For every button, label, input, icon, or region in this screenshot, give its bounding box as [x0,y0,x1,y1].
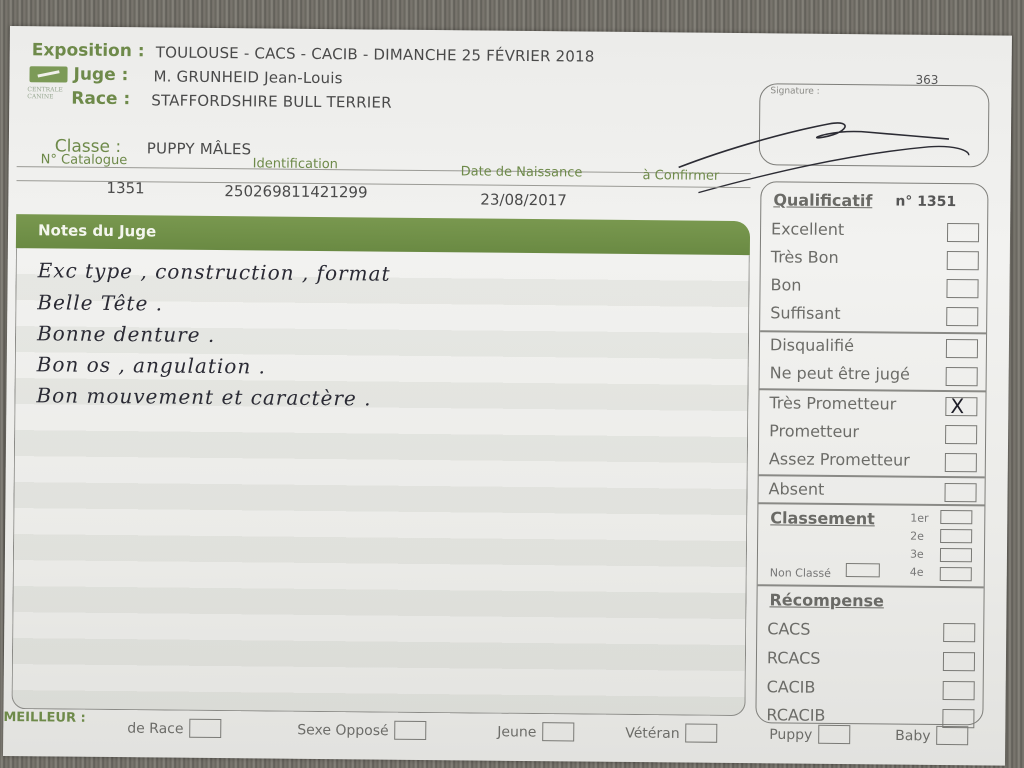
qualificatif-option[interactable]: Prometteur [769,418,979,447]
juge-value: M. GRUNHEID Jean-Louis [153,67,342,87]
checkbox[interactable] [943,652,975,671]
checkbox[interactable] [946,279,978,298]
qualificatif-option[interactable]: Suffisant [770,300,980,329]
option-label: RCACS [767,648,821,668]
race-label: Race : [71,89,130,110]
checkbox-checked[interactable]: X [945,397,977,416]
birth-date: 23/08/2017 [480,191,567,210]
non-classe-checkbox[interactable] [846,563,880,577]
option-label: Prometteur [769,421,859,441]
qualificatif-number: n° 1351 [895,194,956,211]
recompense-option[interactable]: CACS [767,616,977,645]
col-head-date-naissance: Date de Naissance [461,164,583,180]
classement-title: Classement [770,508,875,528]
col-head-identification: Identification [253,156,338,172]
checkbox[interactable] [395,721,427,740]
option-label: Excellent [771,219,844,239]
checkbox[interactable] [946,367,978,386]
qualificatif-option[interactable]: Très Prometteur X [769,390,979,419]
option-label: Suffisant [770,303,841,323]
option-label: CACS [767,619,810,638]
note-line: Belle Tête . [37,290,163,315]
juge-label: Juge : [73,65,128,86]
checkbox[interactable] [945,453,977,472]
footer-option-baby[interactable]: Baby [895,727,969,747]
classe-value: PUPPY MÂLES [147,139,252,158]
exposition-label: Exposition : [32,40,145,61]
recompense-title: Récompense [769,590,884,610]
option-label: Baby [895,728,931,744]
option-label: CACIB [767,677,816,696]
exposition-value: TOULOUSE - CACS - CACIB - DIMANCHE 25 FÉ… [156,43,595,65]
checkbox[interactable] [947,223,979,242]
option-label: Absent [769,479,825,499]
checkbox[interactable] [944,483,976,502]
footer-option-sexe-oppose[interactable]: Sexe Opposé [297,721,427,741]
divider [758,584,984,588]
qualificatif-option[interactable]: Absent [768,476,978,505]
race-value: STAFFORDSHIRE BULL TERRIER [151,91,392,111]
note-line: Bon mouvement et caractère . [36,383,371,410]
checkbox[interactable] [943,681,975,700]
checkbox[interactable] [946,307,978,326]
option-label: Jeune [497,724,536,740]
note-line: Bonne denture . [37,321,215,347]
option-label: Très Prometteur [769,393,896,413]
non-classe-label: Non Classé [770,566,831,580]
rank-label: 4e [910,566,924,579]
checkbox[interactable] [945,425,977,444]
qualificatif-title: Qualificatif [773,190,872,210]
qualificatif-option[interactable]: Assez Prometteur [769,446,979,475]
identification-number: 250269811421299 [224,182,367,201]
logo-text: CENTRALE CANINE [27,86,63,100]
note-line: Exc type , construction , format [38,258,391,285]
qualificatif-option[interactable]: Bon [770,272,980,301]
option-label: Assez Prometteur [769,449,910,469]
rank-3-checkbox[interactable] [940,548,972,562]
checkbox[interactable] [943,623,975,642]
meilleur-label: MEILLEUR : [3,710,86,726]
notes-title: Notes du Juge [38,221,156,240]
col-head-a-confirmer: à Confirmer [643,168,720,184]
qualificatif-panel: Qualificatif n° 1351 Excellent Très Bon … [755,181,988,725]
option-label: Sexe Opposé [297,722,389,739]
rank-4-checkbox[interactable] [940,567,972,581]
checkbox[interactable] [818,725,850,744]
logo-text-line-2: CANINE [27,93,63,100]
checkbox[interactable] [686,724,718,743]
recompense-option[interactable]: CACIB [767,674,977,703]
footer-option-puppy[interactable]: Puppy [769,725,850,745]
rank-label: 1er [910,512,928,525]
option-label: Puppy [769,727,812,743]
checkbox[interactable] [937,726,969,745]
x-mark-icon: X [950,394,964,418]
note-line: Bon os , angulation . [37,352,266,378]
option-label: Disqualifié [770,335,854,355]
checkbox[interactable] [947,251,979,270]
footer-option-veteran[interactable]: Vétéran [625,724,718,744]
centrale-canine-logo-icon [29,66,67,82]
judging-sheet: CENTRALE CANINE Exposition : TOULOUSE - … [3,26,1012,766]
qualificatif-option[interactable]: Excellent [771,216,981,245]
option-label: Ne peut être jugé [770,363,910,383]
rank-1-checkbox[interactable] [940,510,972,524]
option-label: RCACIB [766,705,825,725]
catalogue-number: 1351 [106,179,144,197]
rank-label: 2e [910,530,924,543]
rank-2-checkbox[interactable] [940,529,972,543]
option-label: Vétéran [625,725,680,742]
checkbox[interactable] [189,719,221,738]
footer-option-de-race[interactable]: de Race [127,719,221,739]
qualificatif-option[interactable]: Très Bon [771,244,981,273]
footer-option-jeune[interactable]: Jeune [497,723,574,743]
option-label: Bon [770,275,801,294]
option-label: Très Bon [771,247,839,267]
qualificatif-option[interactable]: Ne peut être jugé [770,360,980,389]
col-head-catalogue: N° Catalogue [41,152,128,168]
checkbox[interactable] [946,339,978,358]
option-label: de Race [127,721,183,738]
rank-label: 3e [910,548,924,561]
checkbox[interactable] [542,722,574,741]
recompense-option[interactable]: RCACS [767,645,977,674]
qualificatif-option[interactable]: Disqualifié [770,332,980,361]
notes-area [11,248,749,716]
